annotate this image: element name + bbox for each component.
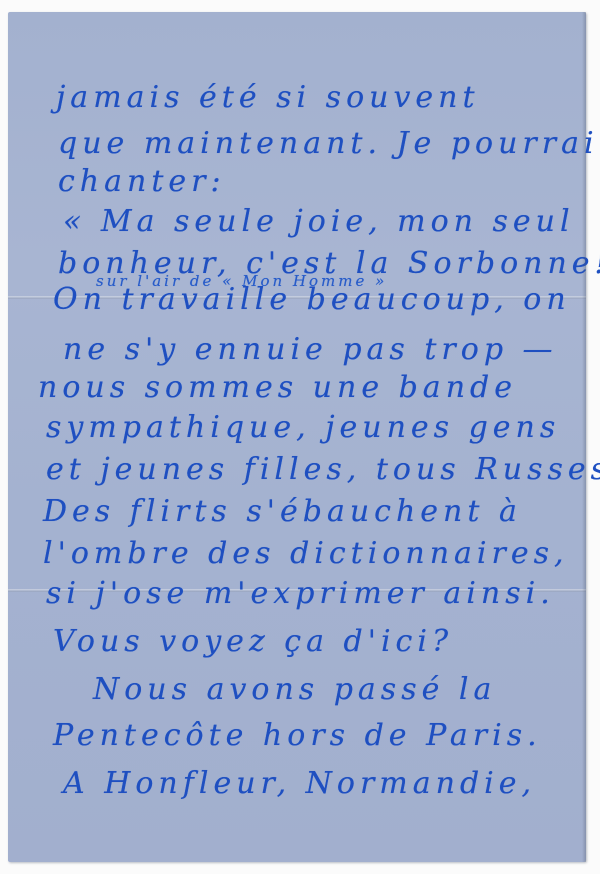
letter-line: chanter: — [58, 164, 226, 199]
letter-line: Vous voyez ça d'ici? — [53, 624, 453, 659]
letter-line: sympathique, jeunes gens — [46, 410, 560, 445]
letter-line: et jeunes filles, tous Russes. — [46, 452, 600, 487]
letter-line: Des flirts s'ébauchent à — [43, 494, 522, 529]
letter-line: si j'ose m'exprimer ainsi. — [46, 576, 555, 611]
letter-line: que maintenant. Je pourrai — [58, 126, 599, 161]
letter-line: Pentecôte hors de Paris. — [53, 718, 542, 753]
letter-line: nous sommes une bande — [38, 370, 517, 405]
letter-line: A Honfleur, Normandie, — [63, 766, 536, 801]
letter-line: l'ombre des dictionnaires, — [43, 536, 569, 571]
letter-line: jamais été si souvent — [56, 80, 480, 115]
letter-page: jamais été si souvent que maintenant. Je… — [8, 12, 586, 862]
letter-line: Nous avons passé la — [93, 672, 496, 707]
letter-line: On travaille beaucoup, on — [53, 282, 571, 317]
letter-line: ne s'y ennuie pas trop — — [63, 332, 558, 367]
letter-line: « Ma seule joie, mon seul — [63, 204, 575, 239]
